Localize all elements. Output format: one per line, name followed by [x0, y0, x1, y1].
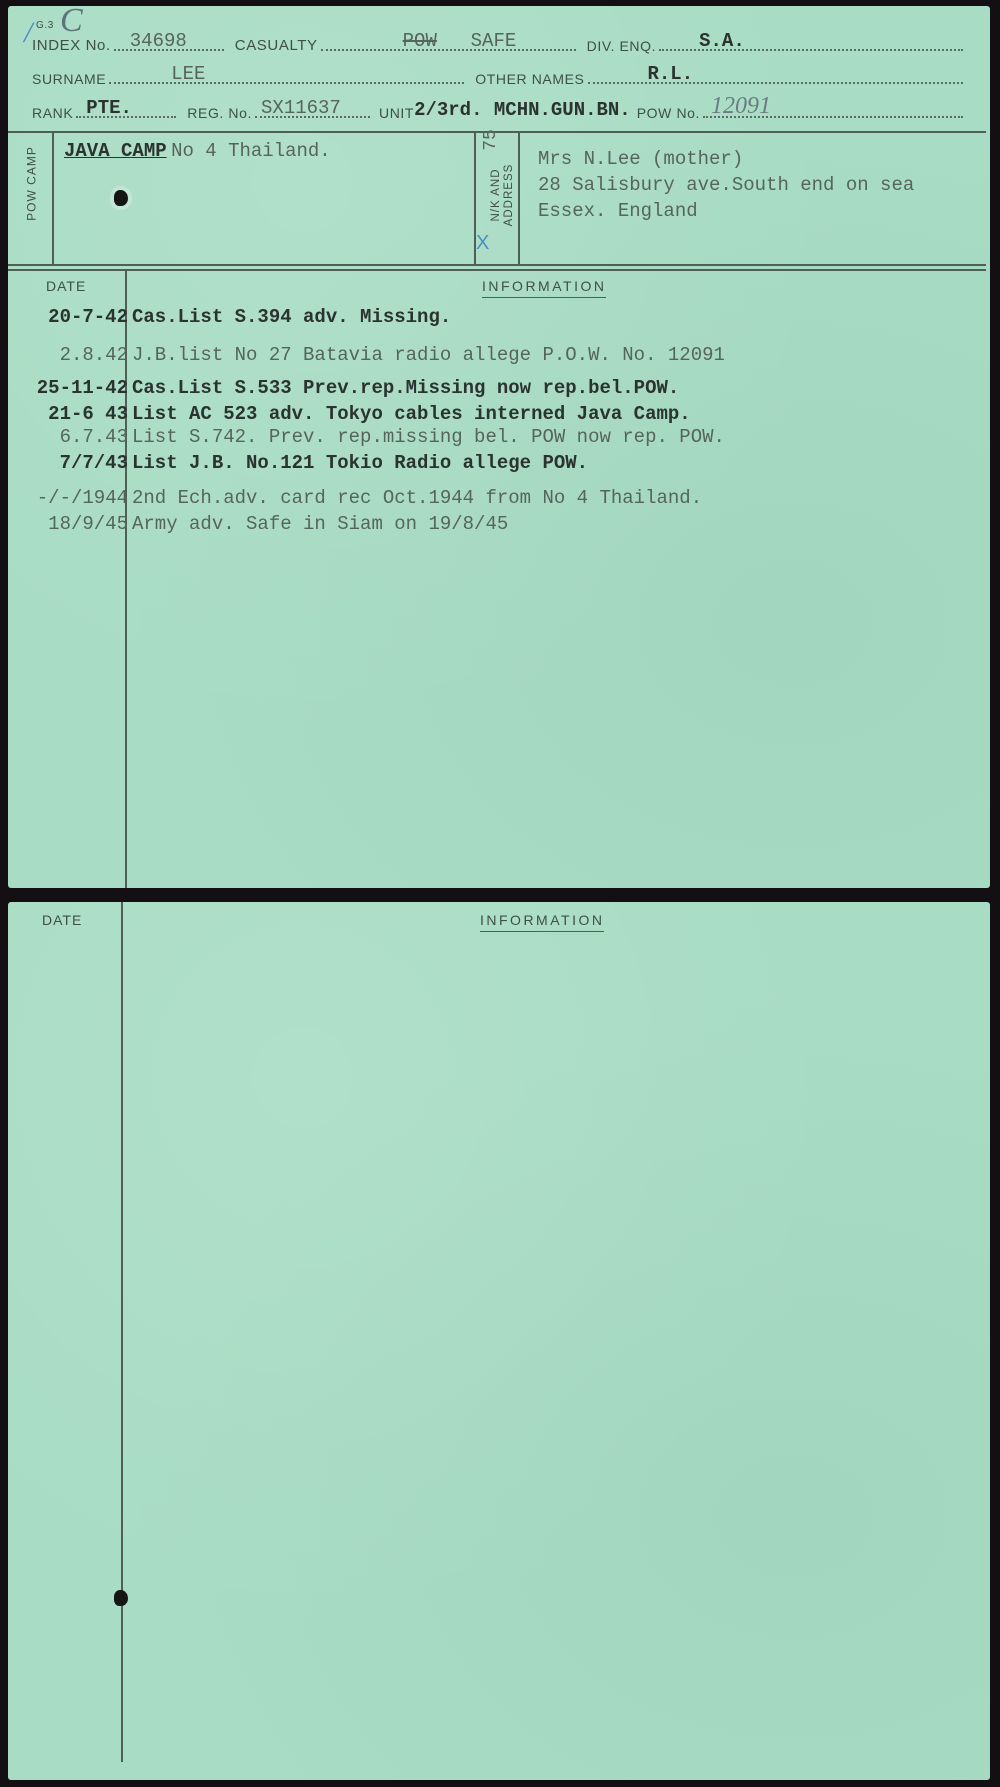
- date-header: DATE: [46, 278, 86, 294]
- table-row: 25-11-42Cas.List S.533 Prev.rep.Missing …: [8, 377, 990, 403]
- record-card-front: C G.3 / INDEX No. 34698 CASUALTY POW SAF…: [8, 6, 990, 888]
- record-card-back: DATE INFORMATION: [8, 902, 990, 1780]
- box-bottom-rule-2: [8, 269, 986, 271]
- info-header: INFORMATION: [482, 278, 606, 298]
- table-row: 6.7.43 List S.742. Prev. rep.missing bel…: [8, 426, 990, 452]
- entry-info: List AC 523 adv. Tokyo cables interned J…: [132, 403, 691, 425]
- casualty-struck-value: POW: [403, 30, 437, 52]
- entry-info: List S.742. Prev. rep.missing bel. POW n…: [132, 426, 725, 448]
- pow-camp-location: No 4 Thailand.: [171, 140, 331, 162]
- entry-date: 6.7.43: [60, 426, 128, 448]
- div-enq-label: DIV. ENQ.: [587, 38, 656, 56]
- unit-label: UNIT: [379, 105, 414, 123]
- index-label: INDEX No.: [32, 37, 111, 56]
- index-row: INDEX No. 34698 CASUALTY POW SAFE DIV. E…: [32, 26, 966, 56]
- pow-camp-divider: [52, 132, 54, 264]
- other-names-label: OTHER NAMES: [475, 71, 584, 89]
- rank-label: RANK: [32, 105, 73, 123]
- entry-date: 18/9/45: [48, 513, 128, 535]
- rank-value: PTE.: [86, 97, 132, 119]
- nok-address: Mrs N.Lee (mother) 28 Salisbury ave.Sout…: [538, 146, 914, 224]
- nok-mark-x: X: [476, 232, 489, 255]
- pow-no-value: 12091: [711, 93, 771, 120]
- surname-row: SURNAME LEE OTHER NAMES R.L.: [32, 59, 966, 89]
- table-row: 7/7/43List J.B. No.121 Tokio Radio alleg…: [8, 452, 990, 478]
- punch-hole: [114, 190, 128, 206]
- table-row: 20-7-42Cas.List S.394 adv. Missing.: [8, 306, 990, 332]
- entry-date: 2.8.42: [60, 344, 128, 366]
- back-info-header: INFORMATION: [480, 912, 604, 932]
- other-names-value: R.L.: [648, 63, 694, 85]
- pow-camp-struck: JAVA CAMP: [64, 140, 167, 162]
- entry-date: -/-/1944: [37, 487, 128, 509]
- back-punch-hole: [114, 1590, 128, 1606]
- surname-label: SURNAME: [32, 71, 106, 89]
- box-bottom-rule-1: [8, 264, 986, 266]
- casualty-label: CASUALTY: [235, 37, 318, 56]
- nok-divider-right: [518, 132, 520, 264]
- nok-line-1: Mrs N.Lee (mother): [538, 146, 914, 172]
- entry-info: 2nd Ech.adv. card rec Oct.1944 from No 4…: [132, 487, 702, 509]
- entry-date: 7/7/43: [60, 452, 128, 474]
- entry-info: Cas.List S.533 Prev.rep.Missing now rep.…: [132, 377, 679, 399]
- reg-no-label: REG. No.: [187, 105, 252, 123]
- entry-info: Army adv. Safe in Siam on 19/8/45: [132, 513, 508, 535]
- nok-mark-number: 75: [481, 129, 501, 151]
- back-date-header: DATE: [42, 912, 82, 928]
- back-date-column-divider: [121, 902, 123, 1762]
- entry-info: List J.B. No.121 Tokio Radio allege POW.: [132, 452, 588, 474]
- div-enq-value: S.A.: [699, 30, 745, 52]
- nok-label-line2: ADDRESS: [503, 164, 515, 227]
- pow-no-label: POW No.: [637, 105, 700, 123]
- nok-label-line1: N/K AND: [490, 169, 502, 222]
- pow-camp-label: POW CAMP: [26, 134, 39, 234]
- table-row: 2.8.42J.B.list No 27 Batavia radio alleg…: [8, 344, 990, 370]
- nok-label: N/K AND ADDRESS: [490, 140, 516, 250]
- entry-date: 25-11-42: [37, 377, 128, 399]
- entry-info: J.B.list No 27 Batavia radio allege P.O.…: [132, 344, 725, 366]
- entry-date: 21-6 43: [48, 403, 128, 425]
- reg-no-value: SX11637: [261, 97, 341, 119]
- unit-value: 2/3rd. MCHN.GUN.BN.: [414, 99, 631, 123]
- index-value: 34698: [130, 30, 187, 52]
- rank-row: RANK PTE. REG. No. SX11637 UNIT 2/3rd. M…: [32, 93, 966, 123]
- surname-value: LEE: [171, 63, 205, 85]
- casualty-value: SAFE: [471, 30, 517, 52]
- entry-date: 20-7-42: [48, 306, 128, 328]
- table-row: -/-/1944 2nd Ech.adv. card rec Oct.1944 …: [8, 487, 990, 513]
- nok-line-2: 28 Salisbury ave.South end on sea: [538, 172, 914, 198]
- entry-info: Cas.List S.394 adv. Missing.: [132, 306, 451, 328]
- pow-camp-value: JAVA CAMP No 4 Thailand.: [64, 140, 331, 162]
- table-row: 18/9/45Army adv. Safe in Siam on 19/8/45: [8, 513, 990, 539]
- nok-line-3: Essex. England: [538, 198, 914, 224]
